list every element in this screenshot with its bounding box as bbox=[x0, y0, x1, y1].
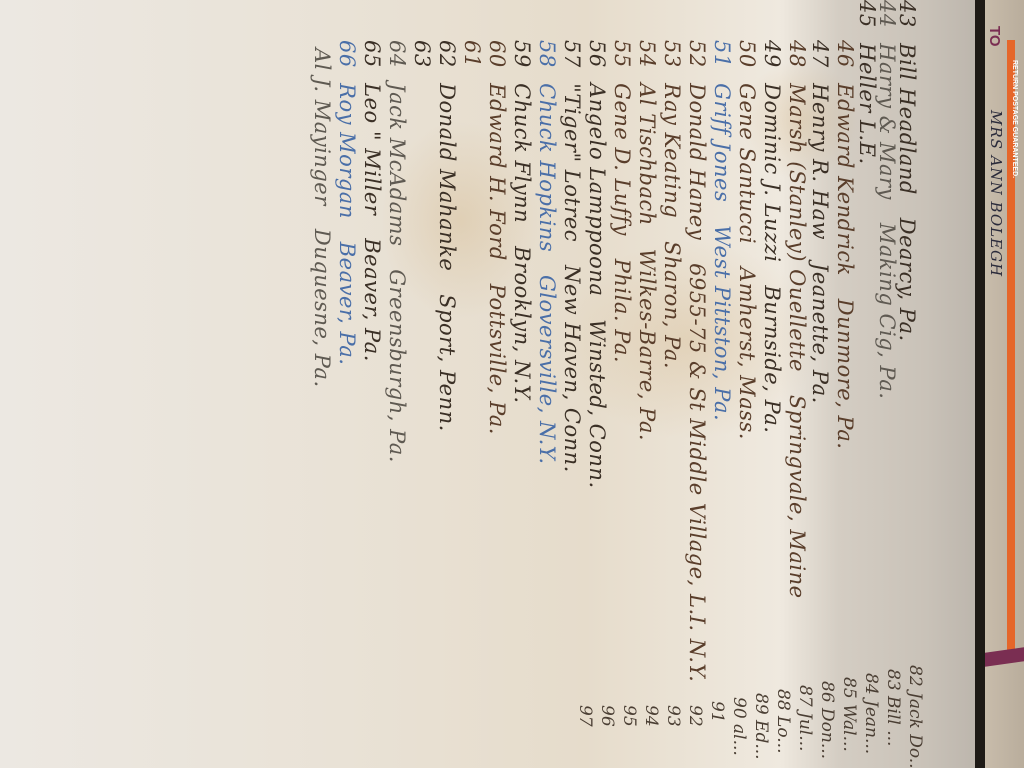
entry-name: Heller L.E. bbox=[855, 36, 879, 165]
entry-number: 46 bbox=[833, 40, 857, 68]
entry-name: Angelo Lamppoona bbox=[585, 76, 609, 296]
right-column-entry: 86 Don... bbox=[817, 681, 837, 759]
entry-place: Burnside, Pa. bbox=[760, 278, 784, 433]
entry-place: Beaver, Pa. bbox=[335, 235, 359, 366]
entry-number: 58 bbox=[535, 40, 559, 68]
list-entry: 61 bbox=[460, 40, 484, 92]
entry-place: Sport, Penn. bbox=[435, 287, 459, 432]
mailing-tube: TO MRS ANN BOLEGH RETURN POSTAGE GUARANT… bbox=[985, 0, 1024, 768]
right-column-entry: 95 bbox=[619, 705, 639, 727]
entry-place: Springvale, Maine bbox=[785, 388, 809, 599]
entry-number: 52 bbox=[685, 40, 709, 68]
list-entry: 58 Chuck Hopkins Gloversville, N.Y. bbox=[535, 40, 559, 465]
list-entry: 47 Henry R. Haw Jeanette, Pa. bbox=[808, 40, 832, 404]
list-entry: 66 Roy Morgan Beaver, Pa. bbox=[335, 40, 359, 365]
entry-number: 49 bbox=[760, 40, 784, 68]
list-entry: 49 Dominic J. Luzzi Burnside, Pa. bbox=[760, 40, 784, 433]
list-entry: 54 Al Tischbach Wilkes-Barre, Pa. bbox=[635, 40, 659, 441]
entry-number: 64 bbox=[385, 40, 409, 68]
right-column-entry: 87 Jul... bbox=[795, 685, 815, 751]
entry-number: 63 bbox=[410, 40, 434, 68]
entry-name: Gene Santucci bbox=[735, 76, 759, 244]
entry-number: 62 bbox=[435, 40, 459, 68]
entry-name: Al J. Mayinger bbox=[310, 48, 334, 206]
entry-number: 57 bbox=[560, 40, 584, 68]
entry-place: Pottsville, Pa. bbox=[485, 277, 509, 435]
entry-name: Henry R. Haw bbox=[808, 76, 832, 240]
list-entry: 65 Leo " Miller Beaver, Pa. bbox=[360, 40, 384, 362]
list-entry: 46 Edward Kendrick Dunmore, Pa. bbox=[833, 40, 857, 449]
entry-place: Beaver, Pa. bbox=[360, 231, 384, 362]
list-entry: 51 Griff Jones West Pittston, Pa. bbox=[710, 40, 734, 421]
list-entry: 50 Gene Santucci Amherst, Mass. bbox=[735, 40, 759, 440]
right-column-entry: 94 bbox=[641, 705, 661, 727]
entry-number: 51 bbox=[710, 40, 734, 68]
entry-number: 55 bbox=[610, 40, 634, 68]
entry-place: New Haven, Conn. bbox=[560, 258, 584, 473]
entry-place: Winsted, Conn. bbox=[585, 312, 609, 489]
entry-name: Jack McAdams bbox=[385, 76, 409, 246]
paper-edge-shadow bbox=[975, 0, 985, 768]
entry-number: 47 bbox=[808, 40, 832, 68]
entry-name: Al Tischbach bbox=[635, 76, 659, 226]
right-column-entry: 91 bbox=[707, 701, 727, 723]
tube-postage-text: RETURN POSTAGE GUARANTEED. bbox=[1011, 60, 1018, 178]
list-entry: 59 Chuck Flynn Brooklyn, N.Y. bbox=[510, 40, 534, 404]
right-column-entry: 96 bbox=[597, 705, 617, 727]
right-column-entry: 89 Ed... bbox=[751, 693, 771, 760]
entry-name: Marsh (Stanley) Ouellette bbox=[785, 76, 809, 372]
list-entry: 53 Ray Keating Sharon, Pa. bbox=[660, 40, 684, 369]
list-entry: 48 Marsh (Stanley) Ouellette Springvale,… bbox=[785, 40, 809, 599]
right-column-entry: 84 Jean... bbox=[861, 673, 881, 754]
entry-name: Donald Mahanke bbox=[435, 76, 459, 271]
right-column-entry: 93 bbox=[663, 705, 683, 727]
entry-name: Dominic J. Luzzi bbox=[760, 76, 784, 262]
list-entry: 56 Angelo Lamppoona Winsted, Conn. bbox=[585, 40, 609, 489]
entry-number: 54 bbox=[635, 40, 659, 68]
list-entry: 63 bbox=[410, 40, 434, 92]
entry-name: Edward Kendrick bbox=[833, 76, 857, 276]
entry-number: 59 bbox=[510, 40, 534, 68]
list-entry: 60 Edward H. Ford Pottsville, Pa. bbox=[485, 40, 509, 435]
list-entry: 62 Donald Mahanke Sport, Penn. bbox=[435, 40, 459, 432]
entry-place: Wilkes-Barre, Pa. bbox=[635, 242, 659, 442]
entry-place: Amherst, Mass. bbox=[735, 260, 759, 440]
entry-place: Making Cig, Pa. bbox=[875, 216, 899, 400]
right-column-entry: 92 bbox=[685, 705, 705, 727]
right-column-entry: 82 Jack Do... bbox=[905, 665, 925, 768]
entry-number: 60 bbox=[485, 40, 509, 68]
list-entry: 55 Gene D. Luffy Phila. Pa. bbox=[610, 40, 634, 363]
right-column-entry: 90 al... bbox=[729, 697, 749, 756]
entry-number: 56 bbox=[585, 40, 609, 68]
entry-list: 43 Bill Headland Dearcy, Pa.44 Harry & M… bbox=[0, 0, 975, 768]
right-column-entry: 88 Lo... bbox=[773, 689, 793, 753]
entry-number: 66 bbox=[335, 40, 359, 68]
entry-place: Jeanette, Pa. bbox=[808, 256, 832, 404]
entry-place: Sharon, Pa. bbox=[660, 234, 684, 369]
entry-name: Leo " Miller bbox=[360, 76, 384, 215]
entry-name: Ray Keating bbox=[660, 76, 684, 218]
entry-name: "Tiger" Lotrec bbox=[560, 76, 584, 242]
entry-place: West Pittston, Pa. bbox=[710, 218, 734, 421]
right-column-entry: 83 Bill ... bbox=[883, 669, 903, 746]
entry-place: Greensburgh, Pa. bbox=[385, 262, 409, 463]
entry-name: Chuck Hopkins bbox=[535, 76, 559, 252]
tube-purple-band bbox=[985, 647, 1024, 666]
list-entry: 45 Heller L.E. bbox=[855, 0, 879, 180]
entry-number: 48 bbox=[785, 40, 809, 68]
entry-number: 53 bbox=[660, 40, 684, 68]
entry-name: Donald Haney bbox=[685, 76, 709, 240]
entry-place: 6955-75 & St Middle Village, L.I. N.Y. bbox=[685, 256, 709, 682]
list-entry: 52 Donald Haney 6955-75 & St Middle Vill… bbox=[685, 40, 709, 682]
handwritten-document: 43 Bill Headland Dearcy, Pa.44 Harry & M… bbox=[0, 0, 975, 768]
entry-place: Gloversville, N.Y. bbox=[535, 268, 559, 465]
tube-to-label: TO bbox=[986, 26, 1003, 47]
list-entry: 57 "Tiger" Lotrec New Haven, Conn. bbox=[560, 40, 584, 473]
entry-number: 65 bbox=[360, 40, 384, 68]
entry-place: Duquesne, Pa. bbox=[310, 222, 334, 388]
entry-name: Chuck Flynn bbox=[510, 76, 534, 223]
entry-name: Gene D. Luffy bbox=[610, 76, 634, 236]
list-entry: 64 Jack McAdams Greensburgh, Pa. bbox=[385, 40, 409, 463]
entry-number: 50 bbox=[735, 40, 759, 68]
list-entry: Al J. Mayinger Duquesne, Pa. bbox=[310, 40, 334, 388]
entry-name: Griff Jones bbox=[710, 76, 734, 202]
entry-place: Phila. Pa. bbox=[610, 252, 634, 364]
entry-place: Brooklyn, N.Y. bbox=[510, 239, 534, 404]
entry-name: Roy Morgan bbox=[335, 76, 359, 219]
entry-number: 45 bbox=[855, 0, 879, 28]
entry-place: Dunmore, Pa. bbox=[833, 292, 857, 450]
right-column-entry: 85 Wal... bbox=[839, 677, 859, 752]
right-column-entry: 97 bbox=[575, 705, 595, 727]
tube-recipient: MRS ANN BOLEGH bbox=[987, 110, 1005, 277]
entry-number: 61 bbox=[460, 40, 484, 68]
entry-name: Edward H. Ford bbox=[485, 76, 509, 261]
